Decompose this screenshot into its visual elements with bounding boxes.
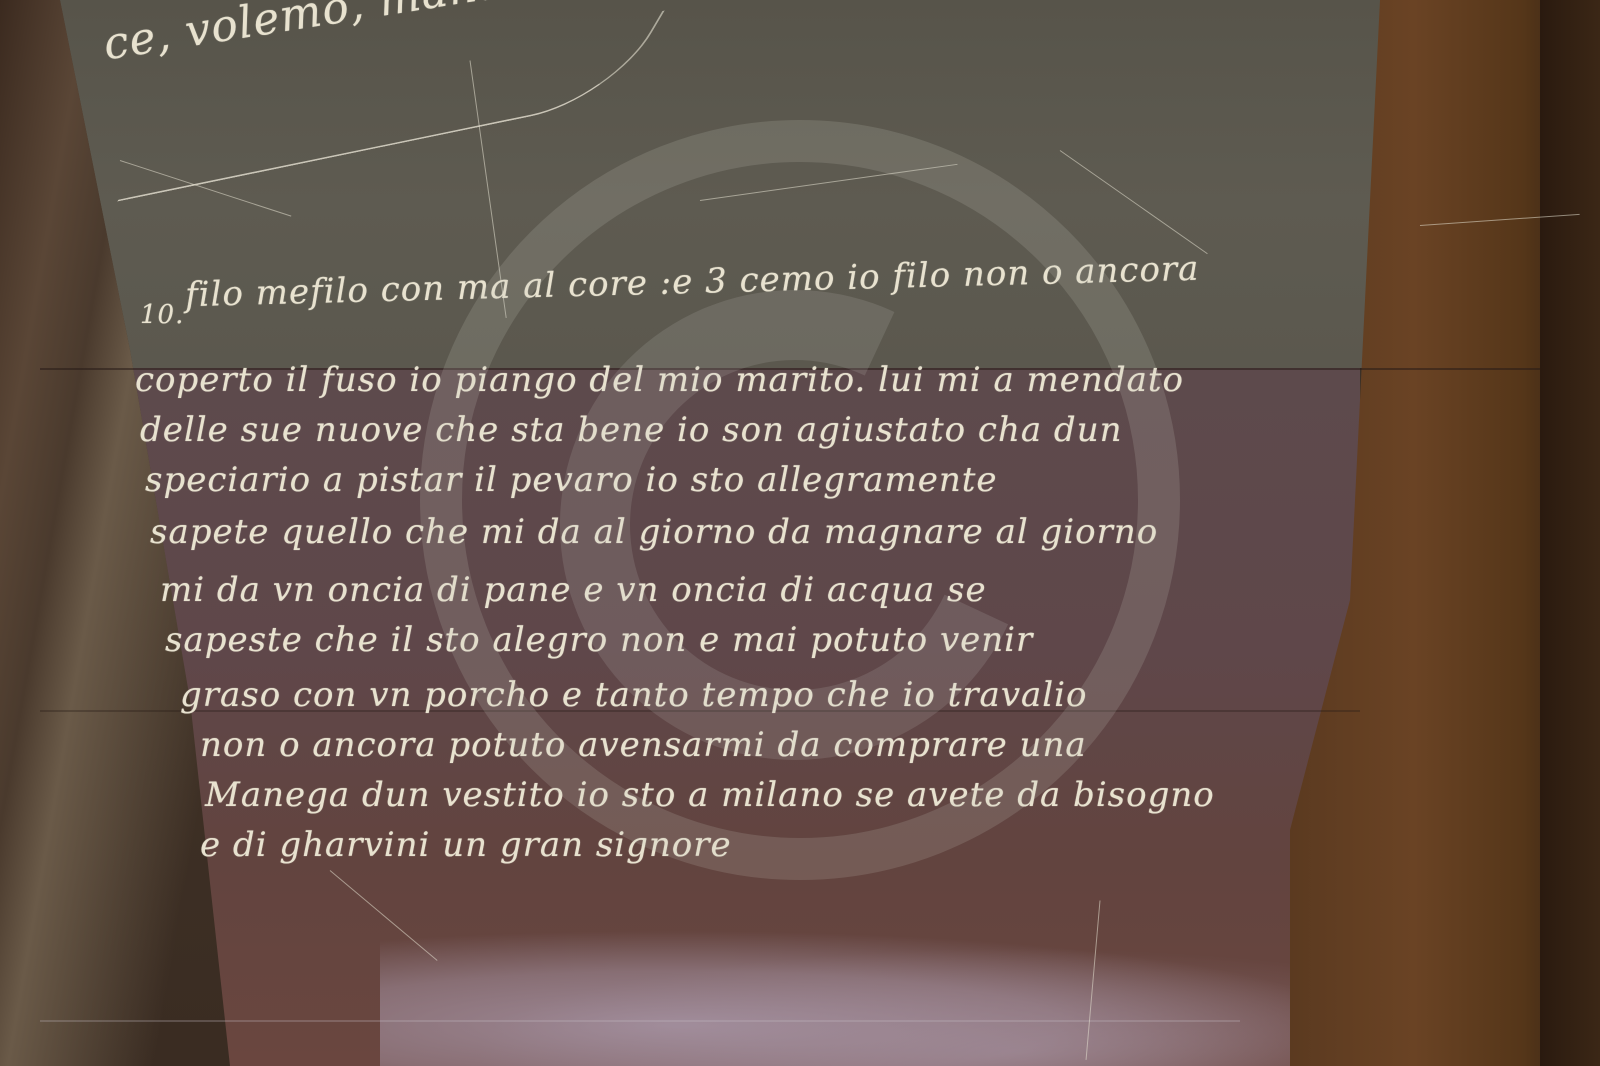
plaster-loss-area [380, 930, 1360, 1066]
fresco-photo: ce, volemo, man... 10. filo mefilo con m… [0, 0, 1600, 1066]
plaster-seam [40, 1020, 1240, 1022]
inscription-number: 10. [140, 300, 184, 330]
right-dark-edge [1540, 0, 1600, 1066]
